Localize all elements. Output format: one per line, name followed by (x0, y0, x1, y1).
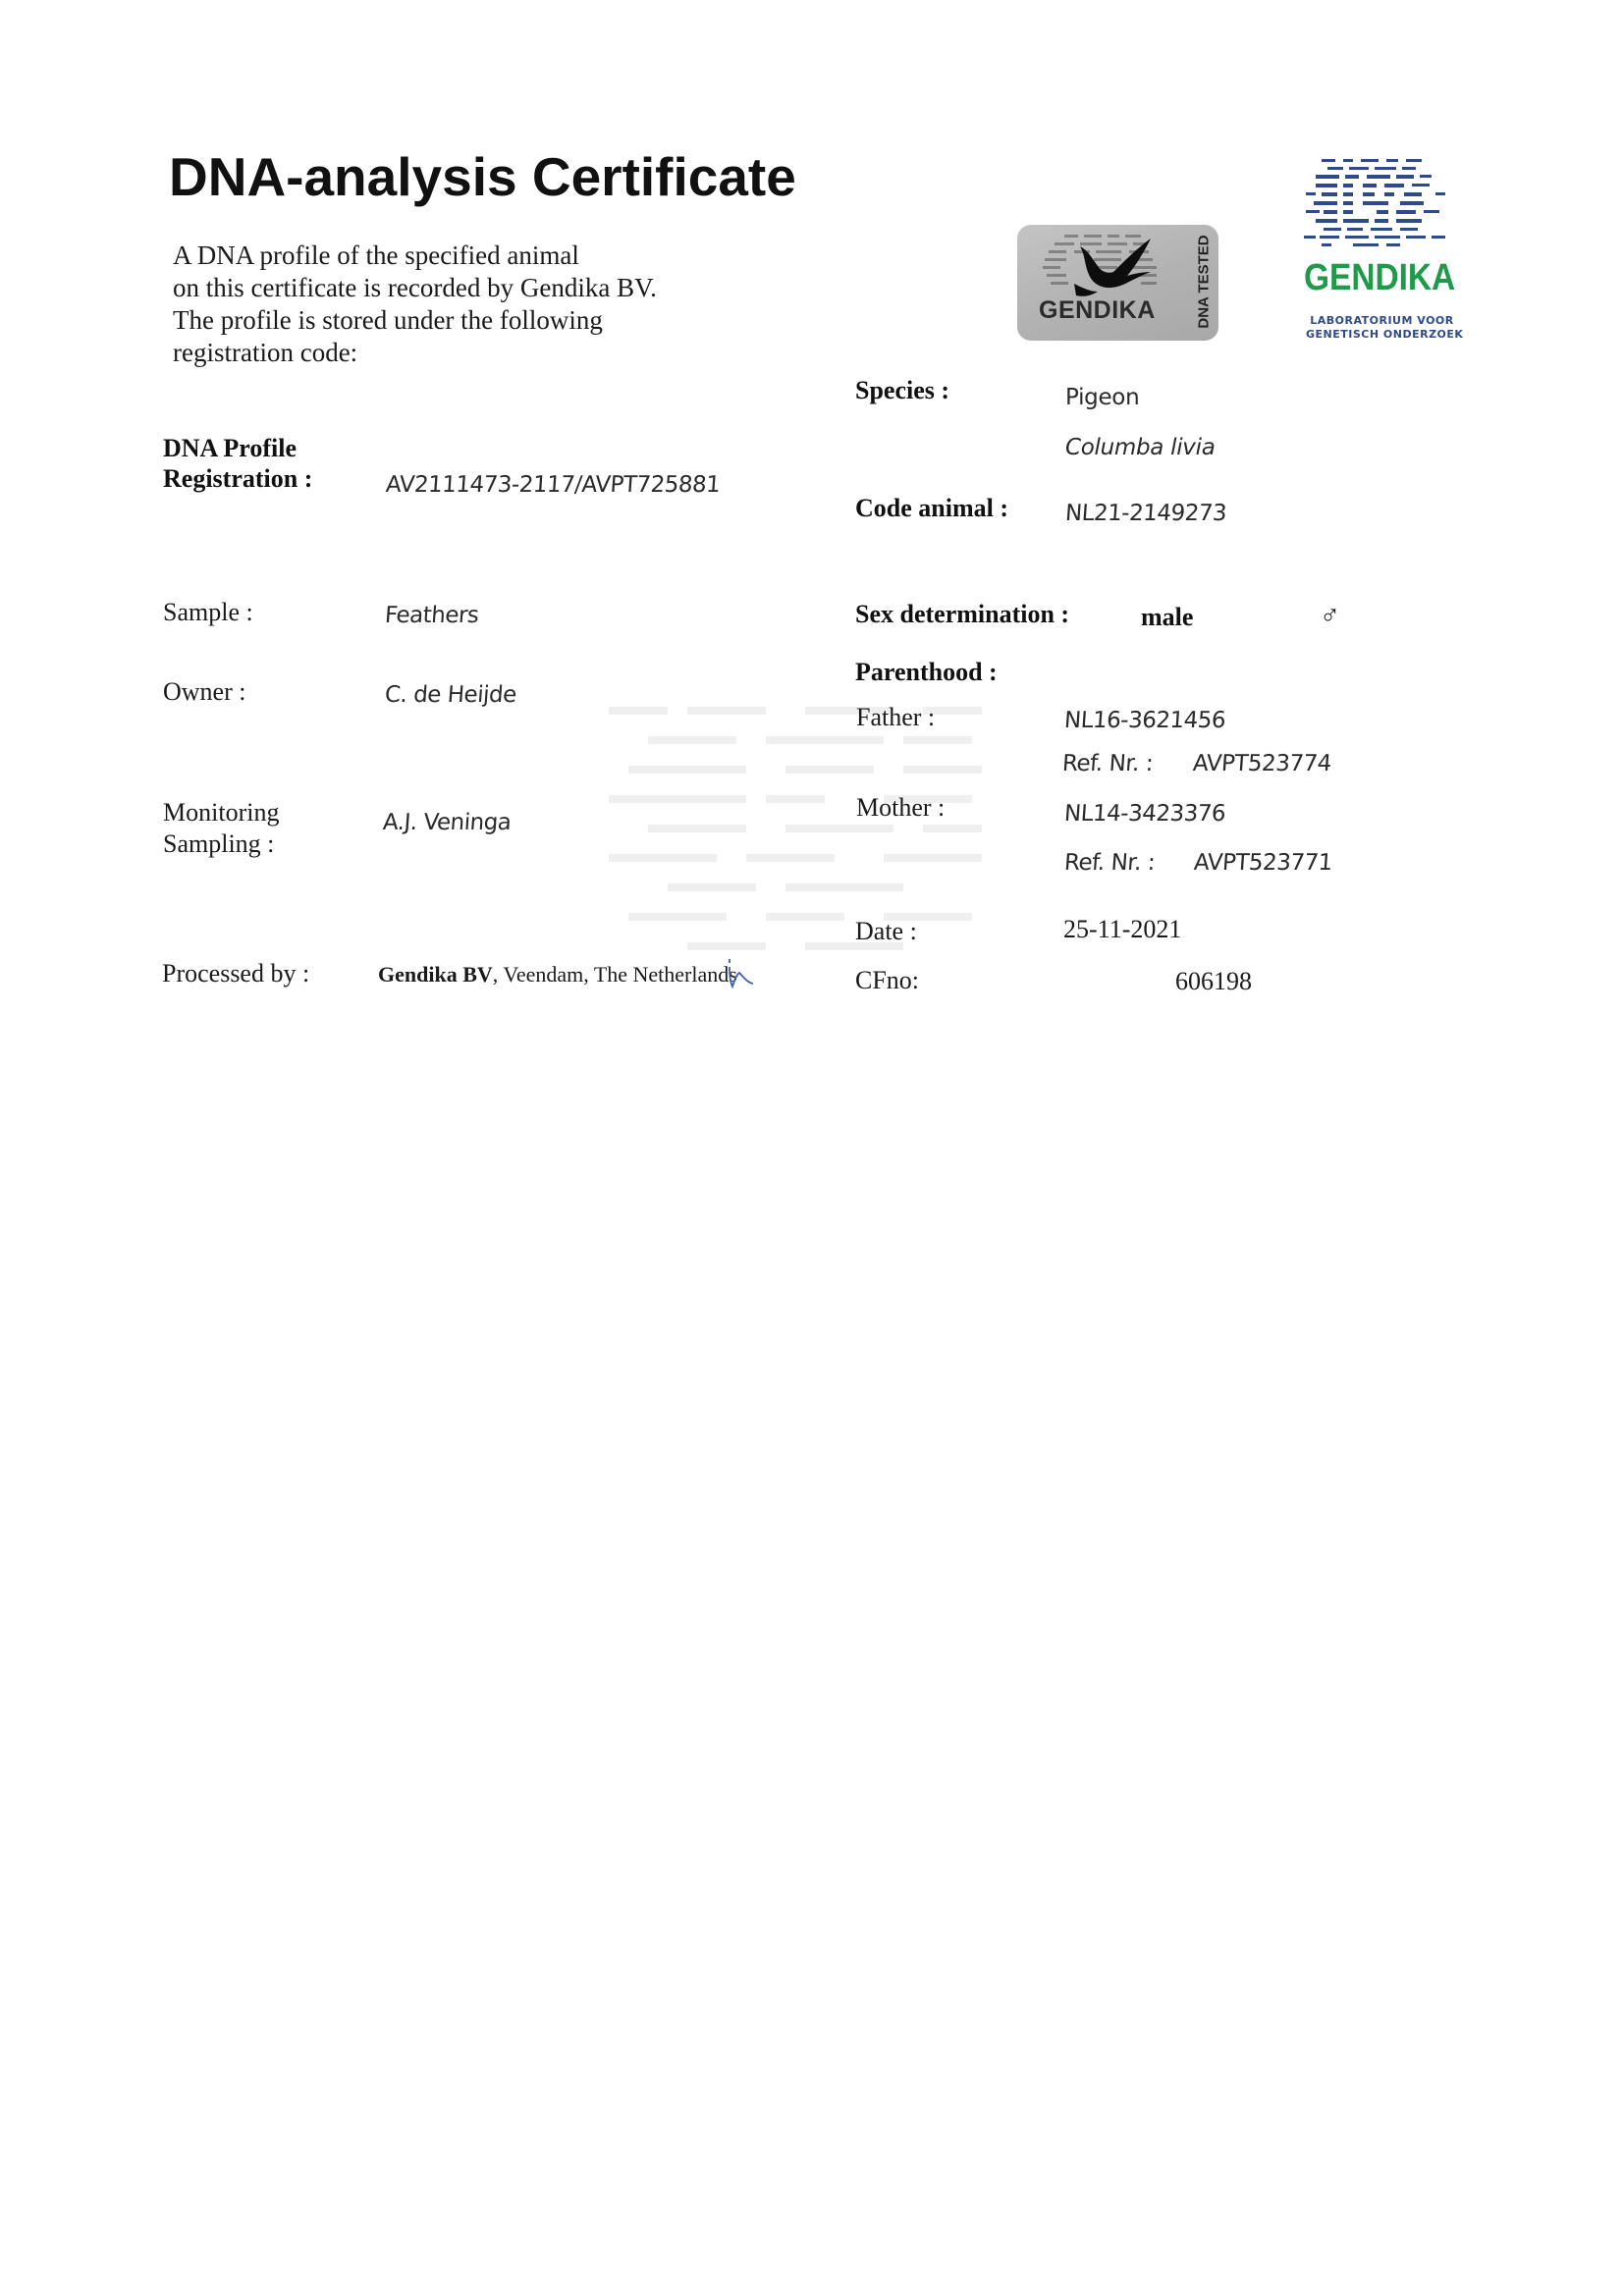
intro-text: A DNA profile of the specified animal on… (173, 240, 657, 369)
mother-label: Mother : (856, 793, 945, 823)
species-common-value: Pigeon (1065, 385, 1139, 410)
processed-label: Processed by : (162, 959, 309, 988)
cfno-label: CFno: (855, 966, 919, 995)
pigeon-icon (1035, 229, 1182, 307)
seal-brand: GENDIKA (1039, 296, 1156, 325)
species-latin-value: Columba livia (1065, 435, 1216, 460)
mother-value: NL14-3423376 (1063, 801, 1226, 827)
monitoring-label-line1: Monitoring (163, 798, 279, 828)
species-label: Species : (855, 376, 949, 405)
processed-location: , Veendam, The Netherlands (493, 962, 737, 987)
mother-ref-value: AVPT523771 (1193, 850, 1333, 876)
logo-brand: GENDIKA (1304, 257, 1455, 299)
mother-ref-label: Ref. Nr. : (1063, 850, 1156, 876)
code-animal-label: Code animal : (855, 494, 1008, 523)
father-label: Father : (856, 703, 935, 732)
code-animal-value: NL21-2149273 (1064, 501, 1227, 526)
intro-line: on this certificate is recorded by Gendi… (173, 272, 657, 304)
cfno-value: 606198 (1175, 967, 1252, 996)
processed-value: Gendika BV, Veendam, The Netherlands (378, 962, 737, 988)
sex-value: male (1141, 603, 1193, 632)
signature-mark-icon (724, 957, 759, 990)
registration-label-line1: DNA Profile (163, 434, 297, 463)
processed-company: Gendika BV (378, 962, 493, 987)
parenthood-label: Parenthood : (855, 658, 998, 687)
page-title: DNA-analysis Certificate (169, 145, 796, 208)
logo-subtitle-line: LABORATORIUM VOOR (1306, 314, 1458, 328)
sample-value: Feathers (384, 603, 479, 628)
monitoring-value: A.J. Veninga (382, 810, 512, 835)
watermark-pattern-icon (589, 687, 1001, 982)
logo-subtitle: LABORATORIUM VOOR GENETISCH ONDERZOEK (1306, 314, 1458, 342)
seal-side-text: DNA TESTED (1196, 228, 1213, 336)
dna-tested-seal: GENDIKA DNA TESTED (1017, 225, 1218, 341)
father-ref-label: Ref. Nr. : (1061, 751, 1154, 776)
sample-label: Sample : (163, 598, 253, 627)
owner-value: C. de Heijde (384, 682, 517, 708)
dna-pattern-g-icon (1302, 157, 1459, 255)
male-symbol-icon: ♂ (1320, 601, 1340, 632)
date-label: Date : (855, 917, 917, 946)
registration-label-line2: Registration : (163, 464, 312, 494)
registration-value: AV2111473-2117/AVPT725881 (385, 472, 721, 498)
date-value: 25-11-2021 (1063, 915, 1181, 944)
father-value: NL16-3621456 (1063, 708, 1226, 733)
intro-line: A DNA profile of the specified animal (173, 240, 657, 272)
father-ref-value: AVPT523774 (1192, 751, 1332, 776)
monitoring-label-line2: Sampling : (163, 829, 274, 859)
intro-line: registration code: (173, 337, 657, 369)
logo-subtitle-line: GENETISCH ONDERZOEK (1306, 328, 1458, 342)
certificate-page: { "header": { "title": "DNA-analysis Cer… (0, 0, 1623, 2296)
sex-label: Sex determination : (855, 600, 1069, 629)
gendika-logo: GENDIKA LABORATORIUM VOOR GENETISCH ONDE… (1294, 157, 1471, 348)
owner-label: Owner : (163, 677, 245, 707)
intro-line: The profile is stored under the followin… (173, 304, 657, 337)
